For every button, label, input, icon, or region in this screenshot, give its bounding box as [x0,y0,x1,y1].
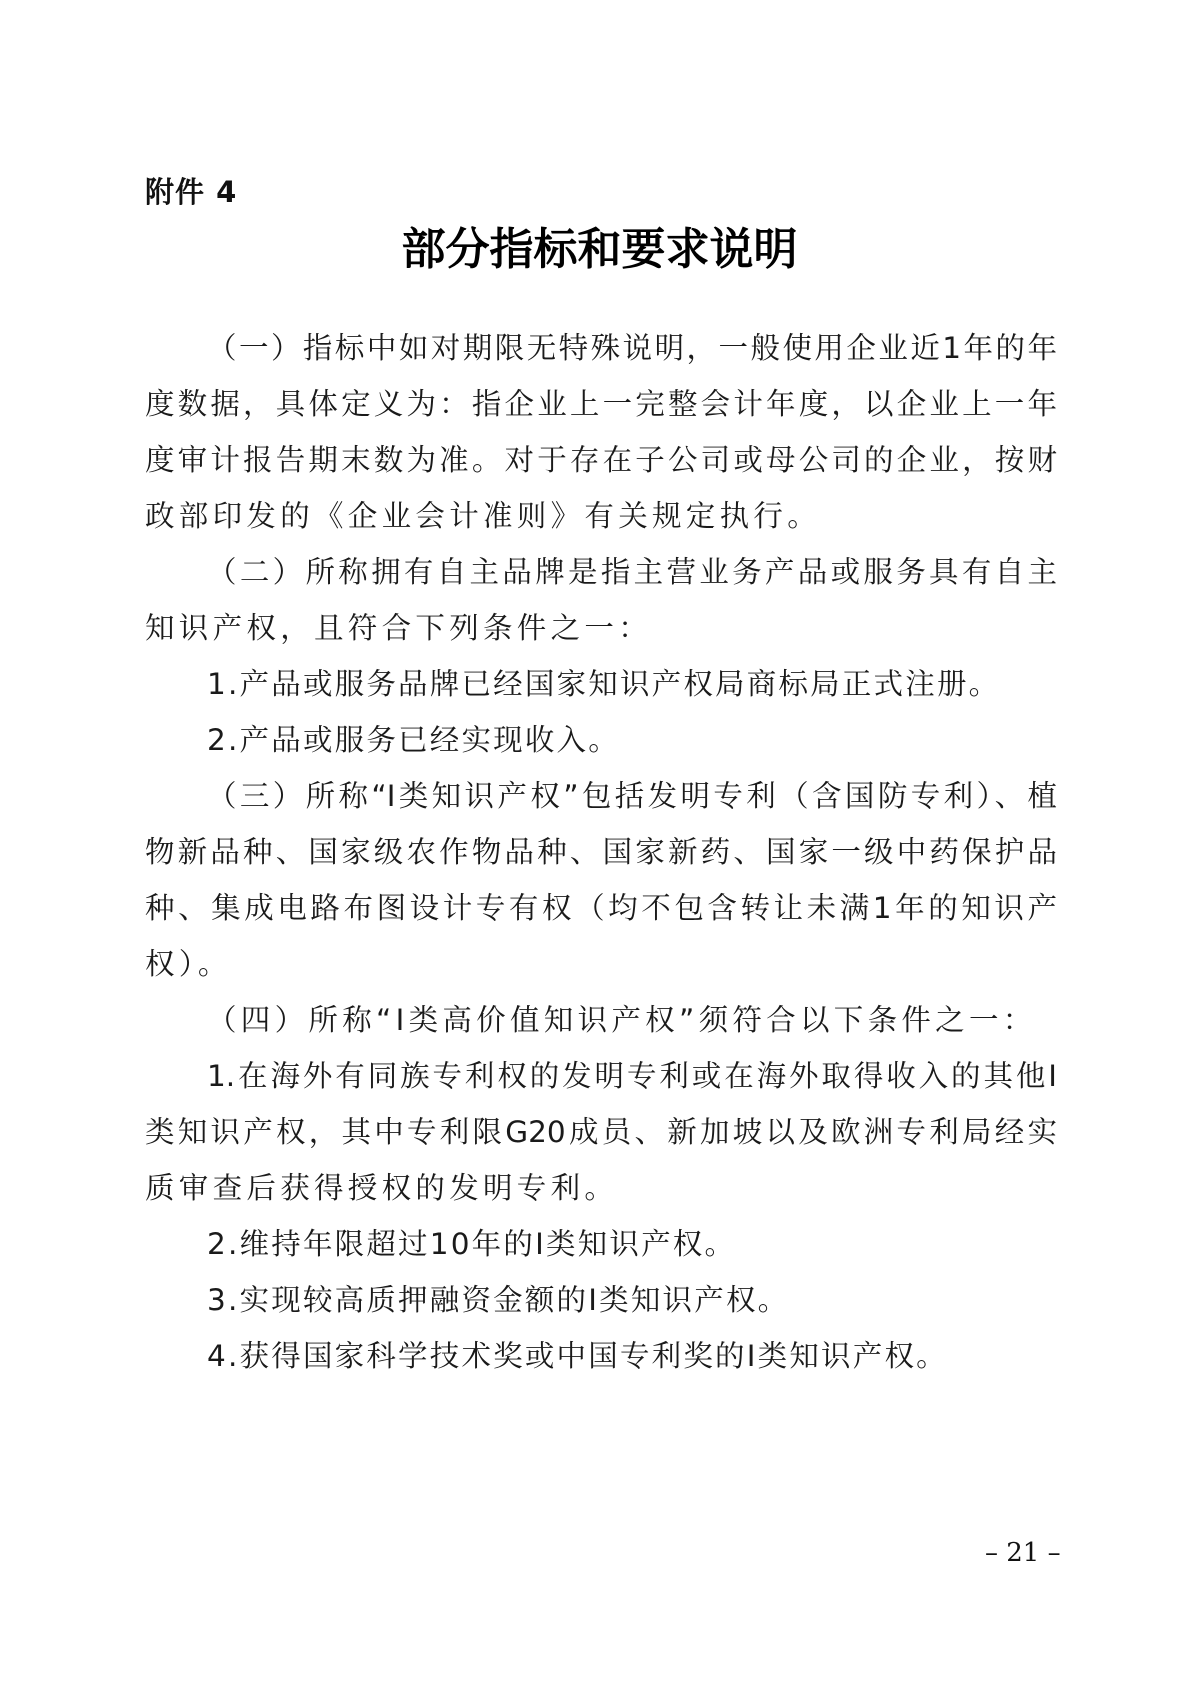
paragraph-line: 种、集成电路布图设计专有权（均不包含转让未满1年的知识产 [145,888,1057,928]
paragraph-line: 度审计报告期末数为准。对于存在子公司或母公司的企业，按财 [145,440,1057,480]
paragraph-line: （四）所称“I类高价值知识产权”须符合以下条件之一： [207,1000,1037,1040]
paragraph-line: （二）所称拥有自主品牌是指主营业务产品或服务具有自主 [207,552,1057,592]
list-item: 2.产品或服务已经实现收入。 [207,720,620,760]
paragraph-line: 政部印发的《企业会计准则》有关规定执行。 [145,496,821,536]
document-page: 附件 4 部分指标和要求说明 （一）指标中如对期限无特殊说明，一般使用企业近1年… [0,0,1199,1696]
attachment-label: 附件 4 [145,172,237,212]
list-item: 1.产品或服务品牌已经国家知识产权局商标局正式注册。 [207,664,1000,704]
list-item-line: 1.在海外有同族专利权的发明专利或在海外取得收入的其他I [207,1056,1057,1096]
list-item-line: 质审查后获得授权的发明专利。 [145,1168,618,1208]
paragraph-line: 权）。 [145,944,232,984]
paragraph-line: 物新品种、国家级农作物品种、国家新药、国家一级中药保护品 [145,832,1057,872]
list-item-line: 类知识产权，其中专利限G20成员、新加坡以及欧洲专利局经实 [145,1112,1057,1152]
list-item: 2.维持年限超过10年的I类知识产权。 [207,1224,736,1264]
list-item: 3.实现较高质押融资金额的I类知识产权。 [207,1280,789,1320]
paragraph-line: 知识产权，且符合下列条件之一： [145,608,652,648]
page-number: – 21 – [985,1536,1061,1570]
paragraph-line: 度数据，具体定义为：指企业上一完整会计年度，以企业上一年 [145,384,1057,424]
list-item: 4.获得国家科学技术奖或中国专利奖的I类知识产权。 [207,1336,948,1376]
paragraph-line: （三）所称“I类知识产权”包括发明专利（含国防专利）、植 [207,776,1057,816]
paragraph-line: （一）指标中如对期限无特殊说明，一般使用企业近1年的年 [207,328,1057,368]
document-title: 部分指标和要求说明 [0,218,1199,282]
